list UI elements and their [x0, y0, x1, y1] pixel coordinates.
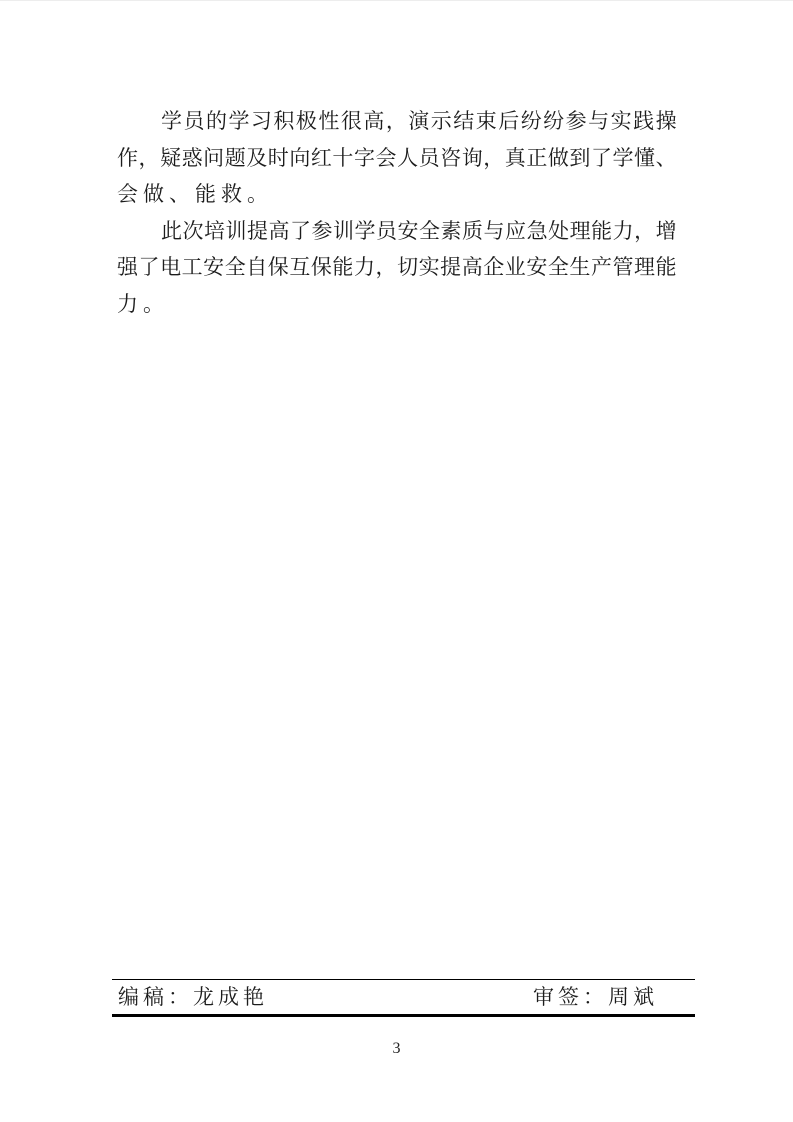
document-page: 学员的学习积极性很高，演示结束后纷纷参与实践操 作，疑惑问题及时向红十字会人员咨…	[0, 0, 793, 1122]
editor-credit: 编稿：龙成艳	[118, 980, 268, 1014]
paragraph: 学员的学习积极性很高，演示结束后纷纷参与实践操 作，疑惑问题及时向红十字会人员咨…	[117, 103, 677, 213]
text-line: 作，疑惑问题及时向红十字会人员咨询，真正做到了学懂、	[117, 140, 677, 177]
page-number: 3	[0, 1040, 793, 1058]
text-line: 此次培训提高了参训学员安全素质与应急处理能力，增	[117, 213, 677, 250]
text-line: 会做、能救。	[117, 176, 677, 213]
paragraph: 此次培训提高了参训学员安全素质与应急处理能力，增 强了电工安全自保互保能力，切实…	[117, 213, 677, 323]
document-body: 学员的学习积极性很高，演示结束后纷纷参与实践操 作，疑惑问题及时向红十字会人员咨…	[117, 103, 677, 323]
text-line: 强了电工安全自保互保能力，切实提高企业安全生产管理能	[117, 249, 677, 286]
signature-block: 编稿：龙成艳 审签：周斌	[112, 979, 695, 1017]
approver-credit: 审签：周斌	[533, 980, 658, 1014]
text-line: 学员的学习积极性很高，演示结束后纷纷参与实践操	[117, 103, 677, 140]
text-line: 力。	[117, 286, 677, 323]
